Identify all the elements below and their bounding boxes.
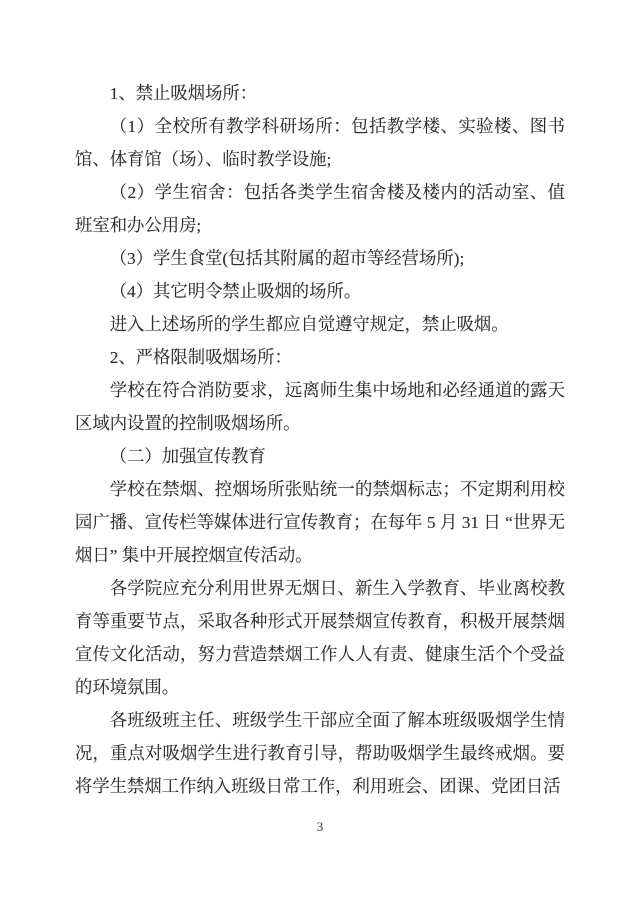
section-2-para-2: 各学院应充分利用世界无烟日、新生入学教育、毕业离校教育等重要节点，采取各种形式开… (75, 572, 565, 704)
section-2-para-3: 各班级班主任、班级学生干部应全面了解本班级吸烟学生情况，重点对吸烟学生进行教育引… (75, 704, 565, 803)
item-1-sub-4: （4）其它明令禁止吸烟的场所。 (75, 275, 565, 308)
document-page: { "style": { "ink_color": "#2d2d2d", "ba… (0, 0, 640, 905)
page-number: 3 (0, 818, 640, 836)
item-1-heading: 1、禁止吸烟场所： (75, 77, 565, 110)
section-2-para-1: 学校在禁烟、控烟场所张贴统一的禁烟标志；不定期利用校园广播、宣传栏等媒体进行宣传… (75, 473, 565, 572)
item-1-note: 进入上述场所的学生都应自觉遵守规定，禁止吸烟。 (75, 308, 565, 341)
item-2-heading: 2、严格限制吸烟场所： (75, 341, 565, 374)
page: 1、禁止吸烟场所： （1）全校所有教学科研场所：包括教学楼、实验楼、图书馆、体育… (0, 0, 640, 905)
item-2-body: 学校在符合消防要求，远离师生集中场地和必经通道的露天区域内设置的控制吸烟场所。 (75, 374, 565, 440)
section-2-heading: （二）加强宣传教育 (75, 440, 565, 473)
item-1-sub-1: （1）全校所有教学科研场所：包括教学楼、实验楼、图书馆、体育馆（场）、临时教学设… (75, 110, 565, 176)
page-content: 1、禁止吸烟场所： （1）全校所有教学科研场所：包括教学楼、实验楼、图书馆、体育… (75, 77, 565, 803)
item-1-sub-3: （3）学生食堂(包括其附属的超市等经营场所); (75, 242, 565, 275)
item-1-sub-2: （2）学生宿舍：包括各类学生宿舍楼及楼内的活动室、值班室和办公用房; (75, 176, 565, 242)
